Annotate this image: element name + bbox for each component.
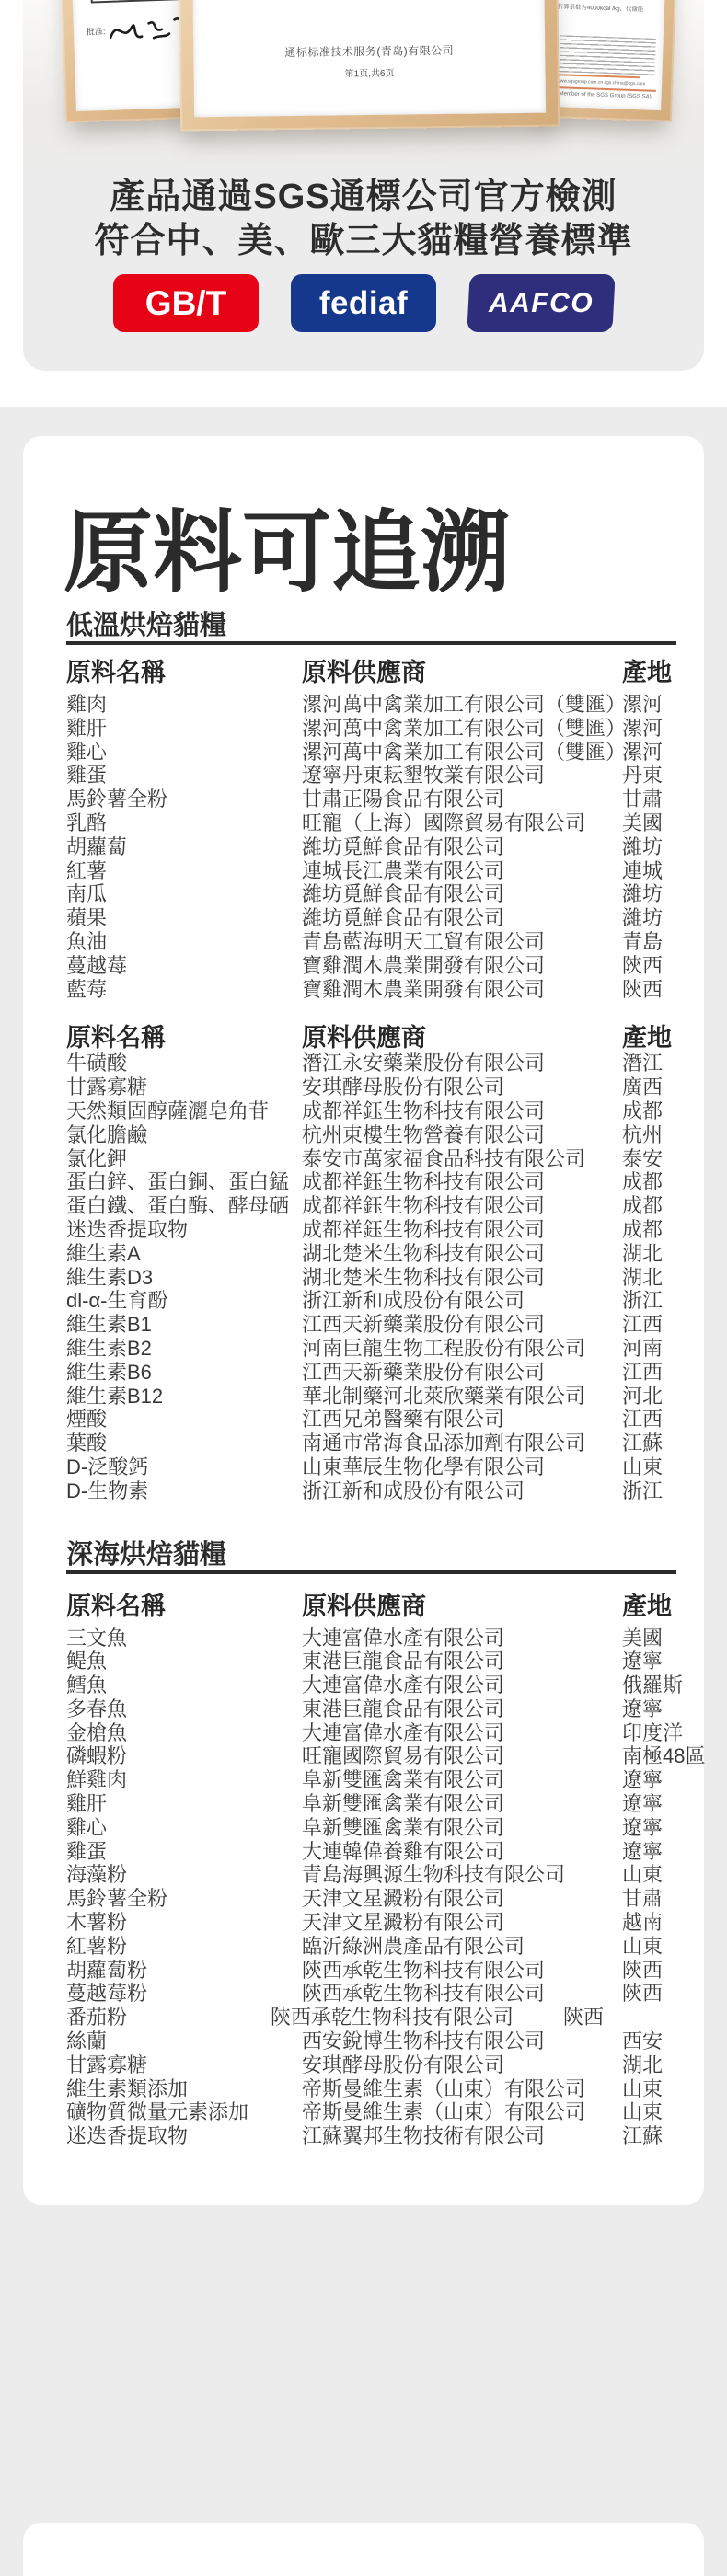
table-row: 蛋白鐵、蛋白酶、酵母硒成都祥鈺生物科技有限公司成都 (66, 1194, 676, 1218)
table-row: 胡蘿蔔濰坊覓鮮食品有限公司濰坊 (66, 835, 676, 859)
column-header-supplier: 原料供應商 (302, 659, 622, 686)
origin-name: 丹東 (622, 764, 676, 788)
ingredient-name: 甘露寡糖 (66, 2053, 302, 2077)
certificate-frame-center: 通标标准技术服务(青岛)有限公司 第1页,共6页 (179, 0, 560, 132)
supplier-name: 阜新雙匯禽業有限公司 (302, 1792, 622, 1816)
supplier-name: 漯河萬中禽業加工有限公司（雙匯） (302, 717, 622, 741)
supplier-name: 濰坊覓鮮食品有限公司 (302, 882, 622, 906)
supplier-name: 大連富偉水產有限公司 (302, 1627, 622, 1650)
origin-name: 漯河 (622, 717, 676, 741)
origin-name: 漯河 (622, 741, 676, 765)
supplier-name: 成都祥鈺生物科技有限公司 (302, 1194, 622, 1218)
table-row: 多春魚東港巨龍食品有限公司遼寧 (66, 1697, 676, 1721)
ingredient-name: 維生素B12 (66, 1385, 302, 1409)
table-header: 原料名稱 原料供應商 產地 (66, 1593, 676, 1620)
ingredient-table: 三文魚大連富偉水產有限公司美國鳀魚東港巨龍食品有限公司遼寧鱈魚大連富偉水產有限公… (66, 1627, 676, 2149)
supplier-name: 成都祥鈺生物科技有限公司 (302, 1170, 622, 1194)
column-header-ingredient: 原料名稱 (66, 659, 302, 686)
origin-name: 江西 (622, 1408, 676, 1432)
ingredient-name: 馬鈴薯全粉 (66, 1887, 302, 1911)
standards-badges: GB/T fediaf AAFCO (23, 274, 704, 332)
supplier-name: 泰安市萬家福食品科技有限公司 (302, 1147, 622, 1171)
certificate-fine-print (559, 35, 655, 75)
origin-name: 甘肅 (622, 788, 676, 811)
table-row: 雞肝漯河萬中禽業加工有限公司（雙匯）漯河 (66, 717, 676, 741)
table-row: 維生素B12華北制藥河北萊欣藥業有限公司河北 (66, 1385, 676, 1409)
supplier-name: 江西天新藥業股份有限公司 (302, 1313, 622, 1337)
certification-caption-line1: 產品通過SGS通標公司官方檢測 (23, 175, 704, 219)
origin-name: 甘肅 (622, 1887, 676, 1911)
table-row: 紅薯連城長江農業有限公司連城 (66, 859, 676, 883)
ingredient-name: 紅薯 (66, 859, 302, 883)
supplier-name: 大連富偉水產有限公司 (302, 1673, 622, 1697)
supplier-name: 陝西承乾生物科技有限公司 (271, 2006, 591, 2030)
ingredient-name: 紅薯粉 (66, 1935, 302, 1959)
ingredient-name: 馬鈴薯全粉 (66, 788, 302, 811)
supplier-name: 漯河萬中禽業加工有限公司（雙匯） (302, 693, 622, 717)
table-row: 鳀魚東港巨龍食品有限公司遼寧 (66, 1650, 676, 1673)
ingredient-name: 鱈魚 (66, 1673, 302, 1697)
supplier-name: 杭州東樓生物營養有限公司 (302, 1123, 622, 1147)
traceability-card: 原料可追溯 低溫烘焙貓糧 原料名稱 原料供應商 產地 雞肉漯河萬中禽業加工有限公… (23, 436, 704, 2205)
table-row: 蛋白鋅、蛋白銅、蛋白錳成都祥鈺生物科技有限公司成都 (66, 1170, 676, 1194)
ingredient-name: 磷蝦粉 (66, 1744, 302, 1768)
table-row: 乳酪旺寵（上海）國際貿易有限公司美國 (66, 811, 676, 835)
table-row: 馬鈴薯全粉天津文星澱粉有限公司甘肅 (66, 1887, 676, 1911)
ingredient-name: 氯化膽鹼 (66, 1123, 302, 1147)
ingredient-name: 雞心 (66, 741, 302, 765)
table-row: 番茄粉陝西承乾生物科技有限公司陝西 (66, 2006, 676, 2030)
ingredient-name: 蔓越莓 (66, 954, 302, 978)
badge-fediaf: fediaf (291, 274, 436, 332)
ingredient-name: 煙酸 (66, 1408, 302, 1432)
ingredient-name: 胡蘿蔔 (66, 835, 302, 859)
supplier-name: 西安銳博生物科技有限公司 (302, 2030, 622, 2053)
table-row: 南瓜濰坊覓鮮食品有限公司濰坊 (66, 882, 676, 906)
certificate-company-line: 通标标准技术服务(青岛)有限公司 (193, 41, 545, 62)
table-header: 原料名稱 原料供應商 產地 (66, 659, 676, 686)
table-row: 絲蘭西安銳博生物科技有限公司西安 (66, 2030, 676, 2053)
supplier-name: 浙江新和成股份有限公司 (302, 1289, 622, 1313)
ingredient-name: dl-α-生育酚 (66, 1289, 302, 1313)
table-row: 魚油青島藍海明天工貿有限公司青島 (66, 930, 676, 954)
origin-name: 遼寧 (622, 1792, 676, 1816)
table-row: 鱈魚大連富偉水產有限公司俄羅斯 (66, 1673, 676, 1697)
supplier-name: 湖北楚米生物科技有限公司 (302, 1242, 622, 1266)
certificate-paper: 备注 批准: (71, 0, 192, 111)
ingredient-name: 維生素B6 (66, 1361, 302, 1385)
ingredient-name: 天然類固醇薩灑皂角苷 (66, 1099, 302, 1123)
origin-name: 河北 (622, 1385, 676, 1409)
badge-gbt: GB/T (113, 274, 259, 332)
supplier-name: 旺寵國際貿易有限公司 (302, 1744, 622, 1768)
table-row: 維生素B1江西天新藥業股份有限公司江西 (66, 1313, 676, 1337)
certificates-card: 备注 批准: 通标标准技术服务(青岛)有限公司 第1页,共6页 折算系数为400… (23, 0, 704, 371)
ingredient-name: 維生素B2 (66, 1337, 302, 1361)
supplier-name: 天津文星澱粉有限公司 (302, 1887, 622, 1911)
origin-name: 廣西 (622, 1075, 676, 1099)
origin-name: 越南 (622, 1911, 676, 1935)
column-header-supplier: 原料供應商 (302, 1593, 622, 1620)
table-row: 維生素D3湖北楚米生物科技有限公司湖北 (66, 1266, 676, 1290)
supplier-name: 連城長江農業有限公司 (302, 859, 622, 883)
table-row: 迷迭香提取物江蘇翼邦生物技術有限公司江蘇 (66, 2124, 676, 2148)
ingredient-name: 蛋白鐵、蛋白酶、酵母硒 (66, 1194, 302, 1218)
origin-name: 遼寧 (622, 1840, 676, 1864)
supplier-name: 臨沂綠洲農產品有限公司 (302, 1935, 622, 1959)
table-row: 礦物質微量元素添加帝斯曼維生素（山東）有限公司山東 (66, 2100, 676, 2124)
ingredient-table: 牛磺酸潛江永安藥業股份有限公司潛江甘露寡糖安琪酵母股份有限公司廣西天然類固醇薩灑… (66, 1052, 676, 1502)
ingredient-name: 維生素A (66, 1242, 302, 1266)
supplier-name: 陝西承乾生物科技有限公司 (302, 1982, 622, 2006)
origin-name: 江西 (622, 1313, 676, 1337)
origin-name: 山東 (622, 1455, 676, 1479)
section-rule (66, 641, 676, 645)
certificate-paper: 折算系数为4000kcal /kg，代谢能 www.sgsgroup.com.c… (548, 0, 666, 110)
origin-name: 陝西 (622, 954, 676, 978)
supplier-name: 大連富偉水產有限公司 (302, 1721, 622, 1745)
supplier-name: 成都祥鈺生物科技有限公司 (302, 1218, 622, 1242)
table-row: 甘露寡糖安琪酵母股份有限公司廣西 (66, 1075, 676, 1099)
badge-gbt-label: GB/T (145, 284, 226, 323)
ingredient-name: 雞蛋 (66, 764, 302, 788)
table-row: 維生素A湖北楚米生物科技有限公司湖北 (66, 1242, 676, 1266)
column-header-origin: 產地 (622, 659, 676, 686)
origin-name: 江蘇 (622, 1432, 676, 1455)
ingredient-name: 牛磺酸 (66, 1052, 302, 1075)
supplier-name: 東港巨龍食品有限公司 (302, 1697, 622, 1721)
ingredient-name: 迷迭香提取物 (66, 2124, 302, 2148)
table-row: 蘋果濰坊覓鮮食品有限公司濰坊 (66, 906, 676, 930)
table-row: 雞蛋遼寧丹東耘墾牧業有限公司丹東 (66, 764, 676, 788)
origin-name: 浙江 (622, 1289, 676, 1313)
table-row: 金槍魚大連富偉水產有限公司印度洋 (66, 1721, 676, 1745)
ingredient-name: 南瓜 (66, 882, 302, 906)
table-row: 雞心阜新雙匯禽業有限公司遼寧 (66, 1816, 676, 1840)
supplier-name: 江蘇翼邦生物技術有限公司 (302, 2124, 622, 2148)
table-row: 紅薯粉臨沂綠洲農產品有限公司山東 (66, 1935, 676, 1959)
badge-aafco: AAFCO (467, 274, 615, 332)
section-heading-deep-sea: 深海烘焙貓糧 (66, 1539, 676, 1570)
table-row: 氯化膽鹼杭州東樓生物營養有限公司杭州 (66, 1123, 676, 1147)
ingredient-name: 雞蛋 (66, 1840, 302, 1864)
supplier-name: 大連韓偉養雞有限公司 (302, 1840, 622, 1864)
certification-caption-line2: 符合中、美、歐三大貓糧營養標準 (23, 219, 704, 263)
origin-name: 遼寧 (622, 1768, 676, 1792)
certificate-paper: 通标标准技术服务(青岛)有限公司 第1页,共6页 (192, 0, 546, 117)
column-header-origin: 產地 (622, 1593, 676, 1620)
origin-name: 湖北 (622, 2053, 676, 2077)
table-row: 維生素B2河南巨龍生物工程股份有限公司河南 (66, 1337, 676, 1361)
ingredient-name: 海藻粉 (66, 1863, 302, 1887)
origin-name: 浙江 (622, 1479, 676, 1503)
ingredient-name: 番茄粉 (66, 2006, 302, 2030)
supplier-name: 河南巨龍生物工程股份有限公司 (302, 1337, 622, 1361)
origin-name: 陝西 (563, 2006, 676, 2030)
ingredient-name: D-泛酸鈣 (66, 1455, 302, 1479)
ingredient-name: 鮮雞肉 (66, 1768, 302, 1792)
origin-name: 濰坊 (622, 882, 676, 906)
origin-name: 江蘇 (622, 2124, 676, 2148)
table-row: 海藻粉青島海興源生物科技有限公司山東 (66, 1863, 676, 1887)
ingredient-table: 雞肉漯河萬中禽業加工有限公司（雙匯）漯河雞肝漯河萬中禽業加工有限公司（雙匯）漯河… (66, 693, 676, 1001)
origin-name: 成都 (622, 1099, 676, 1123)
table-row: 甘露寡糖安琪酵母股份有限公司湖北 (66, 2053, 676, 2077)
table-row: 木薯粉天津文星澱粉有限公司越南 (66, 1911, 676, 1935)
origin-name: 河南 (622, 1337, 676, 1361)
supplier-name: 寶雞潤木農業開發有限公司 (302, 954, 622, 978)
origin-name: 青島 (622, 930, 676, 954)
ingredient-name: 雞心 (66, 1816, 302, 1840)
origin-name: 潛江 (622, 1052, 676, 1075)
supplier-name: 甘肅正陽食品有限公司 (302, 788, 622, 811)
table-row: 馬鈴薯全粉甘肅正陽食品有限公司甘肅 (66, 788, 676, 811)
origin-name: 泰安 (622, 1147, 676, 1171)
ingredient-name: 雞肉 (66, 693, 302, 717)
table-row: 維生素B6江西天新藥業股份有限公司江西 (66, 1361, 676, 1385)
supplier-name: 潛江永安藥業股份有限公司 (302, 1052, 622, 1075)
ingredient-name: 金槍魚 (66, 1721, 302, 1745)
table-row: 維生素類添加帝斯曼維生素（山東）有限公司山東 (66, 2077, 676, 2101)
table-row: 雞心漯河萬中禽業加工有限公司（雙匯）漯河 (66, 741, 676, 765)
supplier-name: 陝西承乾生物科技有限公司 (302, 1959, 622, 1983)
ingredient-name: 甘露寡糖 (66, 1075, 302, 1099)
origin-name: 遼寧 (622, 1816, 676, 1840)
ingredient-name: 藍莓 (66, 978, 302, 1002)
badge-aafco-label: AAFCO (489, 288, 594, 319)
ingredient-name: 多春魚 (66, 1697, 302, 1721)
table-row: 雞蛋大連韓偉養雞有限公司遼寧 (66, 1840, 676, 1864)
column-header-ingredient: 原料名稱 (66, 1024, 302, 1052)
column-header-origin: 產地 (622, 1024, 676, 1052)
ingredient-name: D-生物素 (66, 1479, 302, 1503)
ingredient-name: 蘋果 (66, 906, 302, 930)
origin-name: 遼寧 (622, 1650, 676, 1673)
origin-name: 漯河 (622, 693, 676, 717)
supplier-name: 江西天新藥業股份有限公司 (302, 1361, 622, 1385)
origin-name: 杭州 (622, 1123, 676, 1147)
table-row: 三文魚大連富偉水產有限公司美國 (66, 1627, 676, 1650)
ingredient-name: 絲蘭 (66, 2030, 302, 2053)
page-title: 原料可追溯 (63, 504, 676, 601)
supplier-name: 安琪酵母股份有限公司 (302, 1075, 622, 1099)
ingredient-name: 維生素D3 (66, 1266, 302, 1290)
table-row: 藍莓寶雞潤木農業開發有限公司陝西 (66, 978, 676, 1002)
table-row: 磷蝦粉旺寵國際貿易有限公司南極48區 (66, 1744, 676, 1768)
origin-name: 湖北 (622, 1266, 676, 1290)
supplier-name: 東港巨龍食品有限公司 (302, 1650, 622, 1673)
supplier-name: 安琪酵母股份有限公司 (302, 2053, 622, 2077)
origin-name: 江西 (622, 1361, 676, 1385)
origin-name: 成都 (622, 1170, 676, 1194)
ingredient-name: 維生素B1 (66, 1313, 302, 1337)
ingredient-name: 魚油 (66, 930, 302, 954)
table-row: 葉酸南通市常海食品添加劑有限公司江蘇 (66, 1432, 676, 1455)
ingredient-name: 蔓越莓粉 (66, 1982, 302, 2006)
table-row: D-泛酸鈣山東華辰生物化學有限公司山東 (66, 1455, 676, 1479)
origin-name: 成都 (622, 1218, 676, 1242)
approve-label: 批准: (87, 25, 106, 38)
ingredient-name: 雞肝 (66, 1792, 302, 1816)
ingredient-name: 雞肝 (66, 717, 302, 741)
certificate-orange-line (559, 74, 640, 78)
ingredient-name: 乳酪 (66, 811, 302, 835)
origin-name: 山東 (622, 1935, 676, 1959)
supplier-name: 南通市常海食品添加劑有限公司 (302, 1432, 622, 1455)
ingredient-name: 葉酸 (66, 1432, 302, 1455)
supplier-name: 寶雞潤木農業開發有限公司 (302, 978, 622, 1002)
origin-name: 山東 (622, 2077, 676, 2101)
badge-fediaf-label: fediaf (319, 285, 408, 322)
origin-name: 印度洋 (622, 1721, 683, 1745)
ingredient-name: 蛋白鋅、蛋白銅、蛋白錳 (66, 1170, 302, 1194)
supplier-name: 浙江新和成股份有限公司 (302, 1479, 622, 1503)
certificate-page-line: 第1页,共6页 (193, 63, 545, 82)
supplier-name: 青島海興源生物科技有限公司 (302, 1863, 622, 1887)
certificate-member-line: Member of the SGS Group (SGS SA) (543, 90, 666, 100)
origin-name: 陝西 (622, 1959, 676, 1983)
table-row: 煙酸江西兄弟醫藥有限公司江西 (66, 1408, 676, 1432)
table-row: 胡蘿蔔粉陝西承乾生物科技有限公司陝西 (66, 1959, 676, 1983)
ingredient-name: 維生素類添加 (66, 2077, 302, 2101)
ingredient-name: 鳀魚 (66, 1650, 302, 1673)
origin-name: 美國 (622, 811, 676, 835)
supplier-name: 濰坊覓鮮食品有限公司 (302, 835, 622, 859)
supplier-name: 遼寧丹東耘墾牧業有限公司 (302, 764, 622, 788)
supplier-name: 成都祥鈺生物科技有限公司 (302, 1099, 622, 1123)
supplier-name: 帝斯曼維生素（山東）有限公司 (302, 2100, 622, 2124)
column-header-supplier: 原料供應商 (302, 1024, 622, 1052)
next-section-card (23, 2523, 704, 2576)
table-row: D-生物素浙江新和成股份有限公司浙江 (66, 1479, 676, 1503)
table-row: 蔓越莓粉陝西承乾生物科技有限公司陝西 (66, 1982, 676, 2006)
note-label: 备注 (92, 0, 133, 1)
table-row: 蔓越莓寶雞潤木農業開發有限公司陝西 (66, 954, 676, 978)
supplier-name: 華北制藥河北萊欣藥業有限公司 (302, 1385, 622, 1409)
origin-name: 濰坊 (622, 906, 676, 930)
origin-name: 俄羅斯 (622, 1673, 683, 1697)
table-header: 原料名稱 原料供應商 產地 (66, 1024, 676, 1052)
supplier-name: 阜新雙匯禽業有限公司 (302, 1816, 622, 1840)
column-header-ingredient: 原料名稱 (66, 1593, 302, 1620)
ingredient-name: 木薯粉 (66, 1911, 302, 1935)
certificate-links-line: www.sgsgroup.com.cn sgs.china@sgs.com (557, 78, 669, 87)
supplier-name: 帝斯曼維生素（山東）有限公司 (302, 2077, 622, 2101)
origin-name: 陝西 (622, 978, 676, 1002)
supplier-name: 湖北楚米生物科技有限公司 (302, 1266, 622, 1290)
origin-name: 山東 (622, 1863, 676, 1887)
supplier-name: 濰坊覓鮮食品有限公司 (302, 906, 622, 930)
table-row: 天然類固醇薩灑皂角苷成都祥鈺生物科技有限公司成都 (66, 1099, 676, 1123)
table-row: 氯化鉀泰安市萬家福食品科技有限公司泰安 (66, 1147, 676, 1171)
origin-name: 南極48區 (622, 1744, 705, 1768)
origin-name: 美國 (622, 1627, 676, 1650)
certificate-energy-line: 折算系数为4000kcal /kg，代谢能 (558, 2, 675, 15)
ingredient-name: 礦物質微量元素添加 (66, 2100, 302, 2124)
certification-caption: 產品通過SGS通標公司官方檢測 符合中、美、歐三大貓糧營養標準 (23, 175, 704, 263)
origin-name: 連城 (622, 859, 676, 883)
origin-name: 山東 (622, 2100, 676, 2124)
origin-name: 陝西 (622, 1982, 676, 2006)
table-row: 雞肉漯河萬中禽業加工有限公司（雙匯）漯河 (66, 693, 676, 717)
table-row: 鮮雞肉阜新雙匯禽業有限公司遼寧 (66, 1768, 676, 1792)
supplier-name: 江西兄弟醫藥有限公司 (302, 1408, 622, 1432)
ingredient-name: 迷迭香提取物 (66, 1218, 302, 1242)
section-rule (66, 1570, 676, 1574)
ingredient-name: 三文魚 (66, 1627, 302, 1650)
ingredient-name: 氯化鉀 (66, 1147, 302, 1171)
origin-name: 遼寧 (622, 1697, 676, 1721)
origin-name: 成都 (622, 1194, 676, 1218)
table-row: 雞肝阜新雙匯禽業有限公司遼寧 (66, 1792, 676, 1816)
origin-name: 湖北 (622, 1242, 676, 1266)
supplier-name: 山東華辰生物化學有限公司 (302, 1455, 622, 1479)
supplier-name: 旺寵（上海）國際貿易有限公司 (302, 811, 622, 835)
origin-name: 濰坊 (622, 835, 676, 859)
origin-name: 西安 (622, 2030, 676, 2053)
table-row: 迷迭香提取物成都祥鈺生物科技有限公司成都 (66, 1218, 676, 1242)
supplier-name: 阜新雙匯禽業有限公司 (302, 1768, 622, 1792)
section-heading-low-temp: 低溫烘焙貓糧 (66, 610, 676, 641)
supplier-name: 青島藍海明天工貿有限公司 (302, 930, 622, 954)
table-row: dl-α-生育酚浙江新和成股份有限公司浙江 (66, 1289, 676, 1313)
supplier-name: 漯河萬中禽業加工有限公司（雙匯） (302, 741, 622, 765)
table-row: 牛磺酸潛江永安藥業股份有限公司潛江 (66, 1052, 676, 1075)
supplier-name: 天津文星澱粉有限公司 (302, 1911, 622, 1935)
ingredient-name: 胡蘿蔔粉 (66, 1959, 302, 1983)
